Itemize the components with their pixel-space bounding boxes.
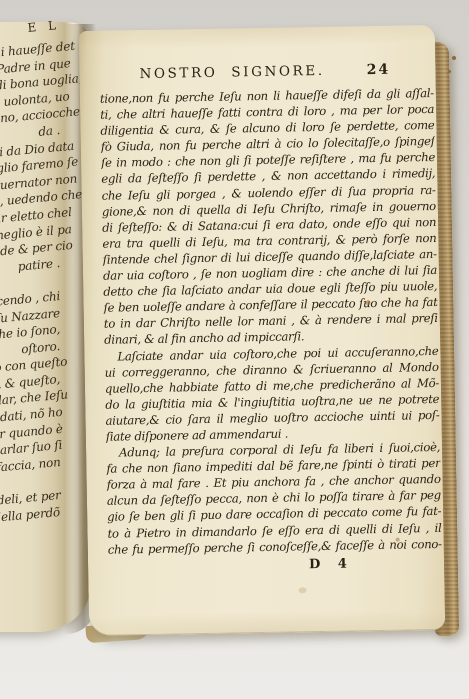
foxing-spot — [298, 587, 306, 593]
right-page: NOSTRO SIGNORE. 24 tione,non fu perche I… — [79, 25, 446, 636]
edge-speck — [448, 70, 451, 73]
left-page-fragments: ſi gli haueſſe det, il Padre in quece di… — [0, 39, 60, 520]
edge-speck — [452, 56, 456, 60]
body-text: tione,non fu perche Ieſu non li haueſſe … — [100, 85, 442, 557]
book-photo: E L ſi gli haueſſe det, il Padre in quec… — [0, 0, 469, 699]
signature-mark: D 4 — [108, 555, 442, 576]
signature-number: 4 — [338, 556, 348, 571]
running-title: NOSTRO SIGNORE. — [139, 63, 324, 82]
page-header: NOSTRO SIGNORE. 24 — [99, 61, 433, 84]
left-page-text: E L ſi gli haueſſe det, il Padre in quec… — [0, 18, 64, 520]
text-block: NOSTRO SIGNORE. 24 tione,non fu perche I… — [99, 61, 442, 575]
page-number: 24 — [367, 62, 391, 78]
left-running-title-fragment: E L — [0, 18, 61, 39]
signature-letter: D — [309, 557, 321, 572]
